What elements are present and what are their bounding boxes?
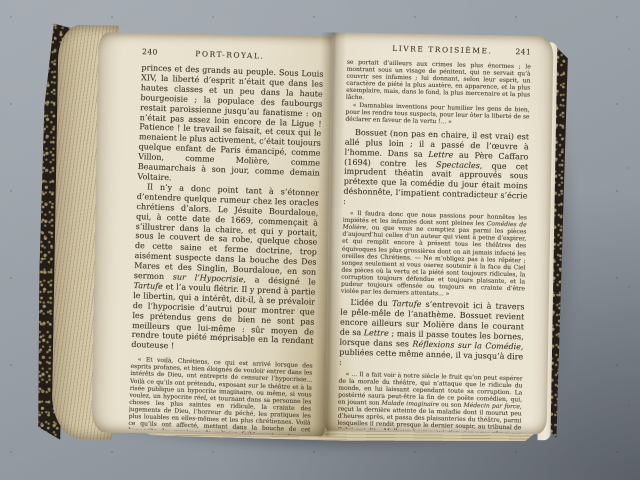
left-page-number: 240 xyxy=(142,47,158,57)
right-page-number: 241 xyxy=(515,47,531,56)
right-page-text-block: LIVRE TROISIÈME. 241 se portait d’ailleu… xyxy=(337,43,531,434)
smalltype-quote-continuation-1: se portait d’ailleurs aux crimes les plu… xyxy=(346,59,531,106)
right-running-head: LIVRE TROISIÈME. 241 xyxy=(347,43,531,57)
left-running-title: PORT-ROYAL. xyxy=(158,48,303,62)
left-paragraph-2: Il n’y a donc point tant à s’étonner d’e… xyxy=(131,182,319,357)
right-paragraph-2: L’idée du Tartufe s’entrevoit ici à trav… xyxy=(339,298,525,372)
right-smalltype-quote-2: « ... Il a fait voir à notre siècle le f… xyxy=(337,370,522,433)
running-head-spacer xyxy=(347,50,369,51)
left-running-head: 240 PORT-ROYAL. xyxy=(142,47,324,63)
open-book: 240 PORT-ROYAL. princes et des grands au… xyxy=(34,19,575,452)
left-page: 240 PORT-ROYAL. princes et des grands au… xyxy=(92,32,332,436)
right-running-title: LIVRE TROISIÈME. xyxy=(369,43,515,56)
right-paragraph-1: Bossuet (non pas en chaire, il est vrai)… xyxy=(343,128,529,212)
left-page-text-block: 240 PORT-ROYAL. princes et des grands au… xyxy=(128,47,324,435)
smalltype-quote-continuation-2: « Damnables inventions pour humilier les… xyxy=(345,101,529,127)
right-page: LIVRE TROISIÈME. 241 se portait d’ailleu… xyxy=(325,32,554,434)
right-smalltype-quote-1: « Il faudra donc que nous passions pour … xyxy=(341,210,527,300)
photo-backdrop: 240 PORT-ROYAL. princes et des grands au… xyxy=(0,0,640,480)
left-paragraph-1: princes et des grands au peuple. Sous Lo… xyxy=(137,63,323,188)
left-smalltype-quote: « Et voilà, Chrétiens, ce qui est arrivé… xyxy=(128,356,313,435)
